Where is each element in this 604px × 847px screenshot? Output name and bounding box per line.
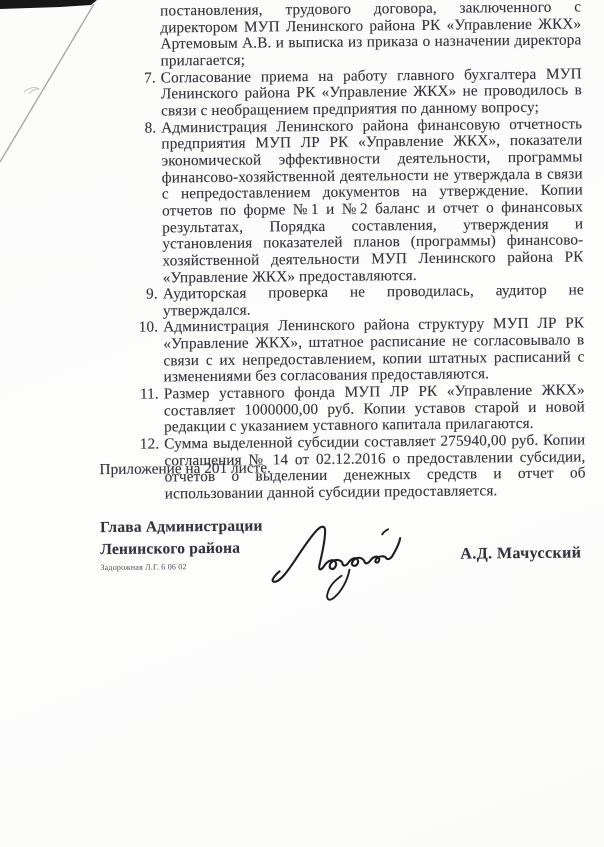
signer-name: А.Д. Мачусский bbox=[460, 544, 581, 563]
intro-paragraph: постановления, трудового договора, заклю… bbox=[133, 0, 582, 70]
item-number: 12. bbox=[137, 437, 159, 454]
item-number: 11. bbox=[137, 387, 159, 404]
list-item: 10.Администрация Ленинского района струк… bbox=[136, 316, 585, 387]
item-number: 7. bbox=[134, 70, 156, 87]
signer-title-line2: Ленинского района bbox=[100, 538, 263, 562]
attachment-note: Приложение на 201 листе. bbox=[99, 459, 271, 479]
signature-autograph bbox=[257, 509, 414, 606]
item-text: Размер уставного фонда МУП ЛР РК «Управл… bbox=[164, 381, 585, 435]
scanned-document-page: постановления, трудового договора, заклю… bbox=[0, 0, 604, 847]
item-text: Администрация Ленинского района структур… bbox=[163, 315, 584, 386]
item-text: Согласование приема на работу главного б… bbox=[161, 65, 582, 119]
list-item: 8.Администрация Ленинского района финанс… bbox=[134, 116, 584, 287]
executor-note: Задорожная Л.Г. 6 06 02 bbox=[100, 562, 263, 573]
item-number: 8. bbox=[134, 120, 156, 137]
numbered-list: 7.Согласование приема на работу главного… bbox=[134, 66, 586, 503]
document-body: постановления, трудового договора, заклю… bbox=[133, 0, 586, 503]
item-text: Аудиторская проверка не проводилась, ауд… bbox=[163, 282, 584, 320]
printed-content: постановления, трудового договора, заклю… bbox=[0, 0, 604, 847]
item-number: 9. bbox=[136, 287, 158, 304]
list-item: 7.Согласование приема на работу главного… bbox=[134, 66, 582, 120]
item-number: 10. bbox=[136, 320, 158, 337]
item-text: Администрация Ленинского района финансов… bbox=[161, 115, 583, 286]
signer-title-line1: Глава Администрации bbox=[100, 516, 263, 540]
signer-title-block: Глава Администрации Ленинского района За… bbox=[100, 516, 263, 573]
list-item: 11.Размер уставного фонда МУП ЛР РК «Упр… bbox=[137, 382, 585, 436]
